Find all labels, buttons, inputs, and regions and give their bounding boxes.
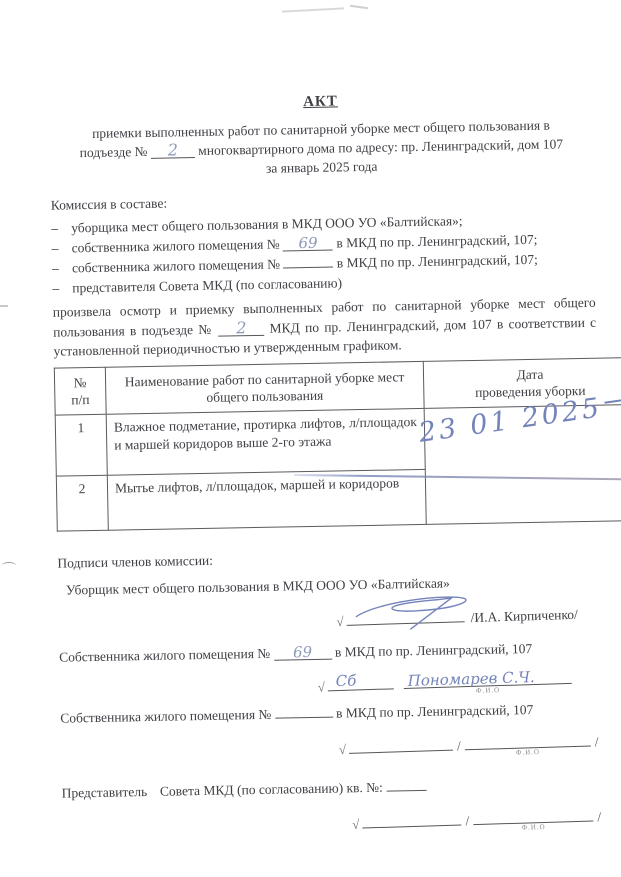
inspection-paragraph: произвела осмотр и приемку выполненных р… xyxy=(53,293,597,361)
fio-caption: Ф.И.О xyxy=(465,746,591,758)
line-start-tick: √ xyxy=(339,741,347,757)
owner1-apartment-handwritten: 69 xyxy=(293,643,312,661)
signature-blank-owner1: Сб xyxy=(328,673,394,691)
slash-separator: / xyxy=(457,738,461,754)
fio-blank-owner1: Пономарев С.Ч. Ф.И.О xyxy=(403,667,571,688)
slash-end: / xyxy=(594,734,598,750)
table-row: 1 Влажное подметание, протирка лифтов, л… xyxy=(55,404,621,476)
signatures-heading: Подписи членов комиссии: xyxy=(57,543,600,572)
signature-role-owner1: Собственника жилого помещения № 69 в МКД… xyxy=(59,637,602,666)
entrance-number-handwritten-2: 2 xyxy=(236,318,247,337)
commission-list: – уборщика мест общего пользования в МКД… xyxy=(51,209,595,299)
entrance-number-blank: 2 xyxy=(151,143,195,159)
slash-separator: / xyxy=(465,813,469,829)
intro-line2-pre: подъезде № xyxy=(80,144,148,160)
intro-line2-post: многоквартирного дома по адресу: пр. Лен… xyxy=(198,136,563,158)
header-cell-number: № п/п xyxy=(54,367,106,415)
signature-blank-representative xyxy=(362,809,462,828)
line-start-tick: √ xyxy=(352,816,360,832)
commission-item-representative: представителя Совета МКД (по согласовани… xyxy=(72,273,342,298)
work-table: № п/п Наименование работ по санитарной у… xyxy=(54,357,621,532)
list-dash: – xyxy=(51,218,71,238)
signature-role-representative: Представитель Совета МКД (по согласовани… xyxy=(61,773,604,802)
row2-number: 2 xyxy=(56,475,108,531)
row1-number: 1 xyxy=(55,414,107,476)
row1-work: Влажное подметание, протирка лифтов, л/п… xyxy=(106,408,425,475)
fio-blank-representative: Ф.И.О xyxy=(473,805,594,825)
signature-name-cleaner: /И.А. Кирпиченко/ xyxy=(470,606,578,625)
apartment-number-blank-empty xyxy=(284,267,334,269)
intro-line3: за январь 2025 года xyxy=(266,159,378,176)
apartment-number-blank: 69 xyxy=(283,237,333,252)
signature-blank-owner2 xyxy=(349,734,453,753)
owner1-apartment-blank: 69 xyxy=(273,645,331,660)
kirpichenko-signature-icon xyxy=(350,588,475,630)
line-start-tick: √ xyxy=(336,613,344,629)
representative-apartment-blank-empty xyxy=(386,789,426,791)
line-start-tick: √ xyxy=(318,679,326,695)
signature-role-owner2: Собственника жилого помещения № в МКД по… xyxy=(60,698,603,727)
list-dash: – xyxy=(51,238,71,258)
entrance-number-handwritten: 2 xyxy=(168,140,179,159)
fio-caption: Ф.И.О xyxy=(473,821,593,833)
document-intro: приемки выполненных работ по санитарной … xyxy=(49,115,593,182)
apartment-number-handwritten: 69 xyxy=(298,234,317,252)
list-dash: – xyxy=(52,278,72,298)
entrance-number-blank-2: 2 xyxy=(218,320,264,336)
date-cell: 23 01 2025 xyxy=(424,404,621,524)
signature-blank-cleaner xyxy=(346,606,464,626)
signature-row-cleaner: √ /И.А. Кирпиченко/ xyxy=(336,602,601,630)
slash-end: / xyxy=(597,809,601,825)
signature-role-cleaner: Уборщик мест общего пользования в МКД ОО… xyxy=(66,570,601,599)
work-table-wrap: № п/п Наименование работ по санитарной у… xyxy=(54,357,600,531)
scanned-document-page: АКТ приемки выполненных работ по санитар… xyxy=(0,0,621,877)
list-dash: – xyxy=(52,258,72,278)
signature-row-owner2: √ / Ф.И.О / xyxy=(339,730,604,758)
signature-row-owner1: √ Сб Пономарев С.Ч. Ф.И.О xyxy=(317,666,602,695)
signature-row-representative: √ / Ф.И.О / xyxy=(352,805,605,833)
owner2-apartment-blank-empty xyxy=(275,716,333,718)
row2-work: Мытье лифтов, л/площадок, маршей и корид… xyxy=(107,469,426,530)
document-title: АКТ xyxy=(49,87,592,117)
owner1-signature-initial: Сб xyxy=(335,671,356,690)
fio-blank-owner2: Ф.И.О xyxy=(464,730,590,750)
header-cell-work-name: Наименование работ по санитарной уборке … xyxy=(105,361,424,414)
